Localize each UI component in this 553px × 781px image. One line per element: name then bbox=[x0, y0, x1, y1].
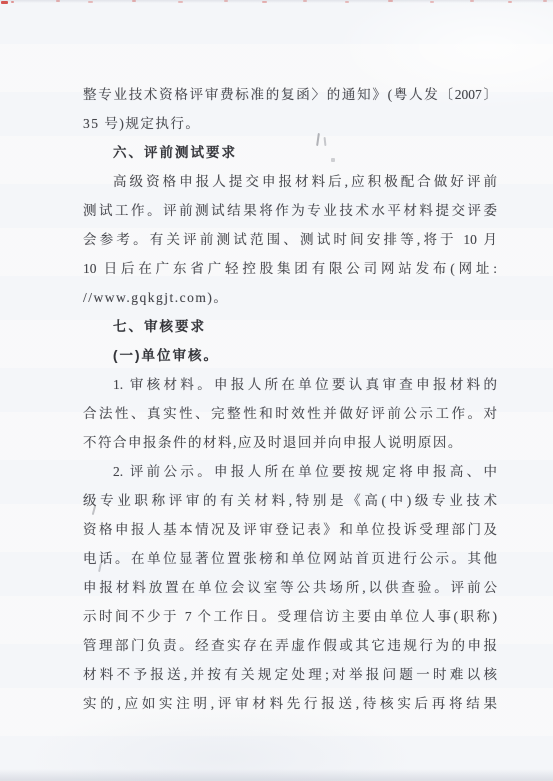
text-line-4: 高级资格申报人提交申报材料后,应积极配合做好评前 bbox=[83, 167, 497, 196]
text-line-1: 整专业技术资格评审费标准的复函〉的通知》(粤人发〔2007〕 bbox=[83, 80, 497, 109]
text-line-11: 1. 审核材料。申报人所在单位要认真审查申报材料的 bbox=[83, 370, 497, 399]
text-line-15: 级专业职称评审的有关材料,特别是《高(中)级专业技术 bbox=[83, 486, 497, 515]
text-line-5: 测试工作。评前测试结果将作为专业技术水平材料提交评委 bbox=[83, 196, 497, 225]
text-line-10: (一)单位审核。 bbox=[83, 341, 497, 370]
text-line-6: 会参考。有关评前测试范围、测试时间安排等,将于 10 月 bbox=[83, 225, 497, 254]
text-line-20: 管理部门负责。经查实存在弄虚作假或其它违规行为的申报 bbox=[83, 631, 497, 660]
text-line-3: 六、评前测试要求 bbox=[83, 138, 497, 167]
text-line-18: 申报材料放置在单位会议室等公共场所,以供查验。评前公 bbox=[83, 573, 497, 602]
scan-bottom-edge-shadow bbox=[0, 769, 553, 781]
text-line-9: 七、审核要求 bbox=[83, 312, 497, 341]
text-line-7: 10 日后在广东省广轻控股集团有限公司网站发布(网址: bbox=[83, 254, 497, 283]
scanned-document-page: 整专业技术资格评审费标准的复函〉的通知》(粤人发〔2007〕35 号)规定执行。… bbox=[0, 0, 553, 781]
text-line-13: 不符合申报条件的材料,应及时退回并向申报人说明原因。 bbox=[83, 428, 497, 457]
scan-top-edge bbox=[0, 0, 553, 3]
text-line-14: 2. 评前公示。申报人所在单位要按规定将申报高、中 bbox=[83, 457, 497, 486]
text-line-16: 资格申报人基本情况及评审登记表》和单位投诉受理部门及 bbox=[83, 515, 497, 544]
text-line-2: 35 号)规定执行。 bbox=[83, 109, 497, 138]
text-line-12: 合法性、真实性、完整性和时效性并做好评前公示工作。对 bbox=[83, 399, 497, 428]
text-line-21: 材料不予报送,并按有关规定处理;对举报问题一时难以核 bbox=[83, 660, 497, 689]
document-body: 整专业技术资格评审费标准的复函〉的通知》(粤人发〔2007〕35 号)规定执行。… bbox=[83, 80, 497, 718]
text-line-22: 实的,应如实注明,评审材料先行报送,待核实后再将结果 bbox=[83, 689, 497, 718]
text-line-8: //www.gqkgjt.com)。 bbox=[83, 283, 497, 312]
text-line-19: 示时间不少于 7 个工作日。受理信访主要由单位人事(职称) bbox=[83, 602, 497, 631]
text-line-17: 电话。在单位显著位置张榜和单位网站首页进行公示。其他 bbox=[83, 544, 497, 573]
